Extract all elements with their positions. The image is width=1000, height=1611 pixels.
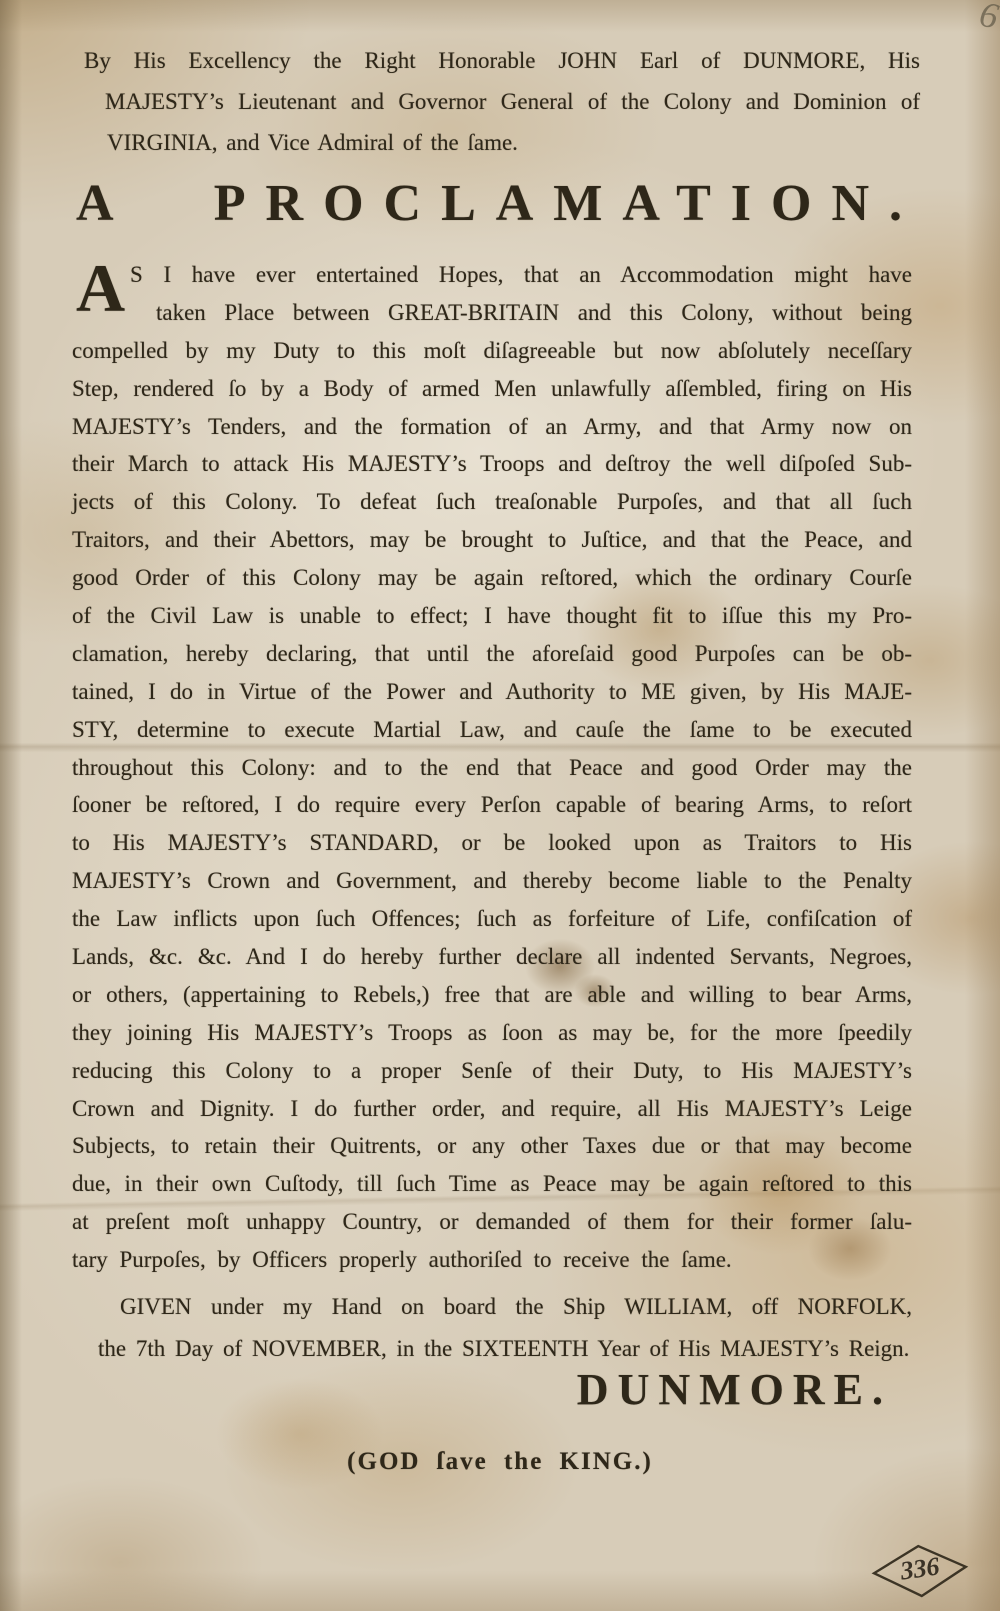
header-line: VIRGINIA, and Vice Admiral of the ſame. <box>84 122 920 163</box>
header: By His Excellency the Right Honorable JO… <box>84 40 920 163</box>
body-line: compelled by my Duty to this moſt diſagr… <box>72 332 912 370</box>
body-line: tained, I do in Virtue of the Power and … <box>72 673 912 711</box>
body-line: Crown and Dignity. I do further order, a… <box>72 1090 912 1128</box>
stamp-number: 336 <box>895 1551 945 1587</box>
body-line: due, in their own Cuſtody, till ſuch Tim… <box>72 1165 912 1203</box>
body-line: MAJESTY’s Crown and Government, and ther… <box>72 862 912 900</box>
closing-paragraph: GIVEN under my Hand on board the Ship WI… <box>72 1286 912 1370</box>
corner-pencil-mark: 6 <box>976 0 1000 37</box>
body-line: or others, (appertaining to Rebels,) fre… <box>72 976 912 1014</box>
body-line: reducing this Colony to a proper Senſe o… <box>72 1052 912 1090</box>
catalog-stamp: 336 <box>870 1540 970 1602</box>
body-line: Step, rendered ſo by a Body of armed Men… <box>72 370 912 408</box>
body-line: S I have ever entertained Hopes, that an… <box>72 256 912 294</box>
body-line: STY, determine to execute Martial Law, a… <box>72 711 912 749</box>
body-line: the Law inflicts upon ſuch Offences; ſuc… <box>72 900 912 938</box>
document-page: 6 By His Excellency the Right Honorable … <box>0 0 1000 1611</box>
header-line: By His Excellency the Right Honorable JO… <box>84 40 920 81</box>
body-text: S I have ever entertained Hopes, that an… <box>72 256 912 1279</box>
page-title: A PROCLAMATION. <box>76 168 922 240</box>
body-line: at preſent moſt unhappy Country, or dema… <box>72 1203 912 1241</box>
header-line: MAJESTY’s Lieutenant and Governor Genera… <box>84 81 920 122</box>
god-save-king-line: (GOD ſave the KING.) <box>0 1444 1000 1480</box>
body-line: Traitors, and their Abettors, may be bro… <box>72 521 912 559</box>
signature: DUNMORE. <box>72 1362 892 1418</box>
body-line: good Order of this Colony may be again r… <box>72 559 912 597</box>
body-line: tary Purpoſes, by Officers properly auth… <box>72 1241 912 1279</box>
body-line: jects of this Colony. To defeat ſuch tre… <box>72 483 912 521</box>
body-line: clamation, hereby declaring, that until … <box>72 635 912 673</box>
body-line: ſooner be reſtored, I do require every P… <box>72 786 912 824</box>
body-line: their March to attack His MAJESTY’s Troo… <box>72 445 912 483</box>
body-line: Subjects, to retain their Quitrents, or … <box>72 1127 912 1165</box>
body-line: Lands, &c. &c. And I do hereby further d… <box>72 938 912 976</box>
body-line: MAJESTY’s Tenders, and the formation of … <box>72 408 912 446</box>
body-line: to His MAJESTY’s STANDARD, or be looked … <box>72 824 912 862</box>
body-line: taken Place between GREAT-BRITAIN and th… <box>72 294 912 332</box>
body-line: of the Civil Law is unable to effect; I … <box>72 597 912 635</box>
body-line: they joining His MAJESTY’s Troops as ſoo… <box>72 1014 912 1052</box>
closing-line: GIVEN under my Hand on board the Ship WI… <box>72 1286 912 1328</box>
body-line: throughout this Colony: and to the end t… <box>72 749 912 787</box>
